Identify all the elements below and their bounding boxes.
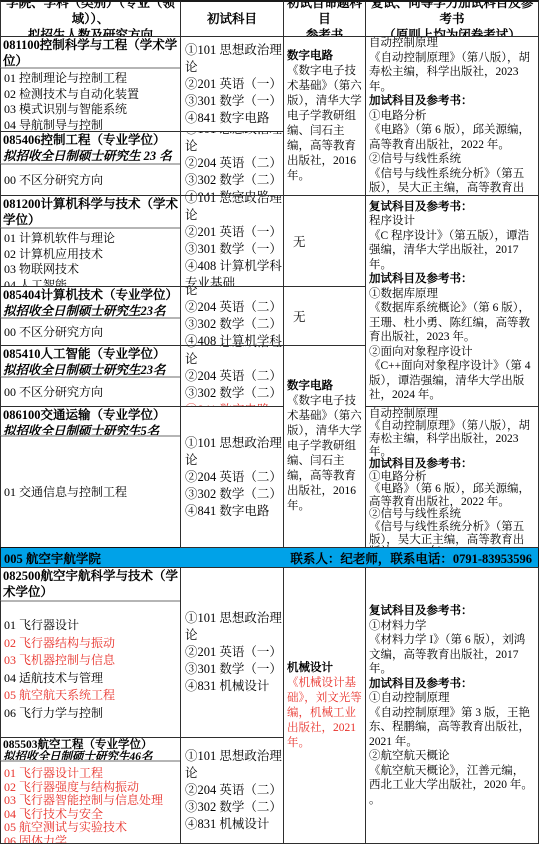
subjects-085503: ①101 思想政治理论②204 英语（二） ③302 数学（二）④831 机械设… (180, 737, 284, 844)
selfbook-none-085404: 无 (283, 286, 366, 346)
section-086100-title: 086100交通运输（专业学位）拟招收全日制硕士研究生5名 (0, 406, 181, 437)
retest-aero-group: 复试科目及参考书：①材料力学 《材料力学 I》（第 6 版），刘鸿文编，高等教育… (365, 567, 539, 844)
section-085503-title: 085503航空工程（专业学位）拟招收全日制硕士研究生46名 (0, 737, 181, 762)
admissions-table-page: 学院、学科（类别）（专业（领域））、 拟招生人数及研究方向 初试科目 初试自命题… (0, 0, 539, 844)
retest-control-group: 复试科目及参考书：自动控制原理 《自动控制原理》（第八版），胡寿松主编，科学出版… (365, 36, 539, 196)
college-banner-contact: 联系人：纪老师，联系电话：0791-83953596 (290, 549, 532, 567)
retest-transport-group: 复试科目及参考书：自动控制原理 《自动控制原理》（第八版），胡寿松主编，科学出版… (365, 406, 539, 548)
section-085404-title: 085404计算机技术（专业学位）拟招收全日制硕士研究生23名 (0, 286, 181, 319)
section-081100-title: 081100控制科学与工程（学术学位） 拟招收全日制硕士研究生17名 (0, 36, 181, 69)
subjects-085406: ①101 思想政治理论②204 英语（二） ③302 数学（二）④841 数字电… (180, 131, 284, 196)
subjects-081100: ①101 思想政治理论②201 英语（一） ③301 数学（一）④841 数字电… (180, 36, 284, 132)
section-082500-title: 082500航空宇航科学与技术（学术学位）拟招收全日制硕士研究生 12 名 (0, 567, 181, 602)
header-col-selfbook: 初试自命题科目 参考书 (283, 0, 366, 37)
selfbook-mechanical-design: 机械设计 《机械设计基础》，刘文光等编，机械工业出版社，2021年。 (283, 567, 366, 844)
college-banner-name: 005 航空宇航学院 (4, 549, 101, 567)
selfbook-digital-circuit-control: 数字电路 《数字电子技术基础》（第六版），清华大学电子学教研组编、闫石主编，高等… (283, 36, 366, 196)
section-081200-title: 081200计算机科学与技术（学术学位）拟招收全日制硕士研究生17名 (0, 195, 181, 229)
section-085404-directions: 00 不区分研究方向 (0, 318, 181, 346)
section-085406-title: 085406控制工程（专业学位）拟招收全日制硕士研究生 23 名 (0, 131, 181, 165)
subjects-086100: ①101 思想政治理论②204 英语（二） ③302 数学（二）④841 数字电… (180, 406, 284, 548)
header-col-retest: 复试、同等学力加试科目及参考书 （原则上均为闭卷考试） (365, 0, 539, 37)
section-085410-directions: 00 不区分研究方向 (0, 377, 181, 407)
section-081200-directions: 01 计算机软件与理论02 计算机应用技术 03 物联网技术04 人工智能 (0, 228, 181, 287)
subjects-085410: ①101 思想政治理论②204 英语（二） ③302 数学（二）④841 数字电… (180, 345, 284, 407)
subjects-082500: ①101 思想政治理论②201 英语（一） ③301 数学（一）④831 机械设… (180, 567, 284, 738)
subjects-085404: ①101 思想政治理论②204 英语（二） ③302 数学（二）④408 计算机… (180, 286, 284, 346)
header-col-programs: 学院、学科（类别）（专业（领域））、 拟招生人数及研究方向 (0, 0, 181, 37)
selfbook-none-081200: 无 (283, 195, 366, 287)
college-banner: 005 航空宇航学院 联系人：纪老师，联系电话：0791-83953596 (0, 547, 539, 568)
section-082500-directions: 01 飞行器设计02 飞行器结构与振动 03 飞机器控制与信息04 适航技术与管… (0, 601, 181, 738)
subjects-081200: ①101 思想政治理论②201 英语（一） ③301 数学（一）④408 计算机… (180, 195, 284, 287)
header-col-initial-subjects: 初试科目 (180, 0, 284, 37)
section-085406-directions: 00 不区分研究方向 (0, 164, 181, 196)
section-085410-title: 085410人工智能（专业学位）拟招收全日制硕士研究生23名 (0, 345, 181, 378)
selfbook-digital-circuit-transport: 数字电路 《数字电子技术基础》（第六版），清华大学电子学教研组编、闫石主编，高等… (283, 345, 366, 548)
section-086100-directions: 01 交通信息与控制工程 (0, 436, 181, 548)
section-081100-directions: 01 控制理论与控制工程02 检测技术与自动化装置 03 模式识别与智能系统04… (0, 68, 181, 132)
retest-computer-group: 复试科目及参考书：程序设计 《C 程序设计》（第五版），谭浩强编，清华大学出版社… (365, 195, 539, 407)
section-085503-directions: 01 飞行器设计工程02 飞行器强度与结构振动 03 飞行器智能控制与信息处理0… (0, 761, 181, 844)
